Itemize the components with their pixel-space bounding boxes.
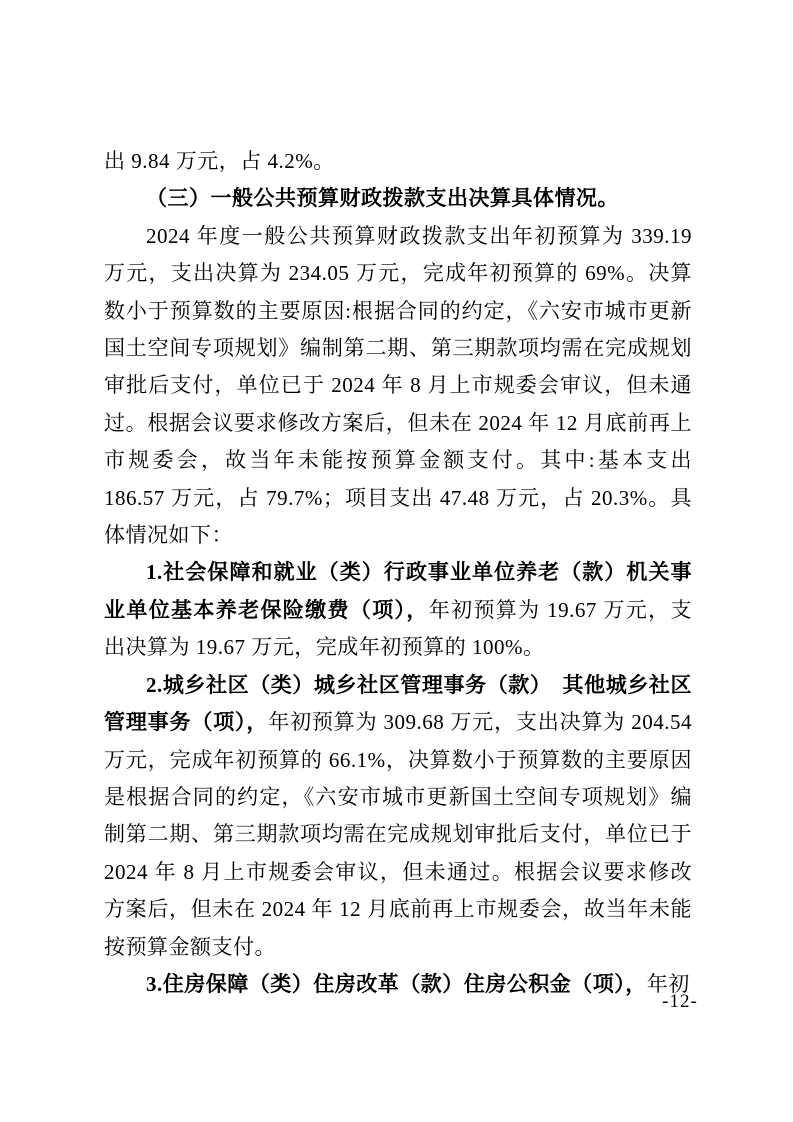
paragraph-text-segment: 年初预算为 309.68 万元，支出决算为 204.54 万元，完成年初预算的 … (104, 710, 692, 958)
paragraph-text-segment: 2024 年度一般公共预算财政拨款支出年初预算为 339.19 万元，支出决算为… (104, 224, 692, 547)
paragraph-item-3: 3.住房保障（类）住房改革（款）住房公积金（项），年初 (104, 966, 692, 1003)
document-body: 出 9.84 万元，占 4.2%。 （三）一般公共预算财政拨款支出决算具体情况。… (104, 143, 692, 1003)
document-page: 出 9.84 万元，占 4.2%。 （三）一般公共预算财政拨款支出决算具体情况。… (0, 0, 793, 1122)
paragraph-bold-segment: 3.住房保障（类）住房改革（款）住房公积金（项）， (146, 972, 647, 996)
paragraph-continuation: 出 9.84 万元，占 4.2%。 (104, 143, 692, 180)
page-number: -12- (650, 991, 710, 1013)
paragraph-text-segment: 出 9.84 万元，占 4.2%。 (104, 149, 335, 173)
section-heading: （三）一般公共预算财政拨款支出决算具体情况。 (104, 180, 692, 217)
paragraph-item-1: 1.社会保障和就业（类）行政事业单位养老（款）机关事业单位基本养老保险缴费（项）… (104, 554, 692, 666)
paragraph-bold-segment: （三）一般公共预算财政拨款支出决算具体情况。 (146, 186, 619, 210)
paragraph-item-2: 2.城乡社区（类）城乡社区管理事务（款） 其他城乡社区管理事务（项），年初预算为… (104, 667, 692, 966)
paragraph-budget-overview: 2024 年度一般公共预算财政拨款支出年初预算为 339.19 万元，支出决算为… (104, 218, 692, 555)
